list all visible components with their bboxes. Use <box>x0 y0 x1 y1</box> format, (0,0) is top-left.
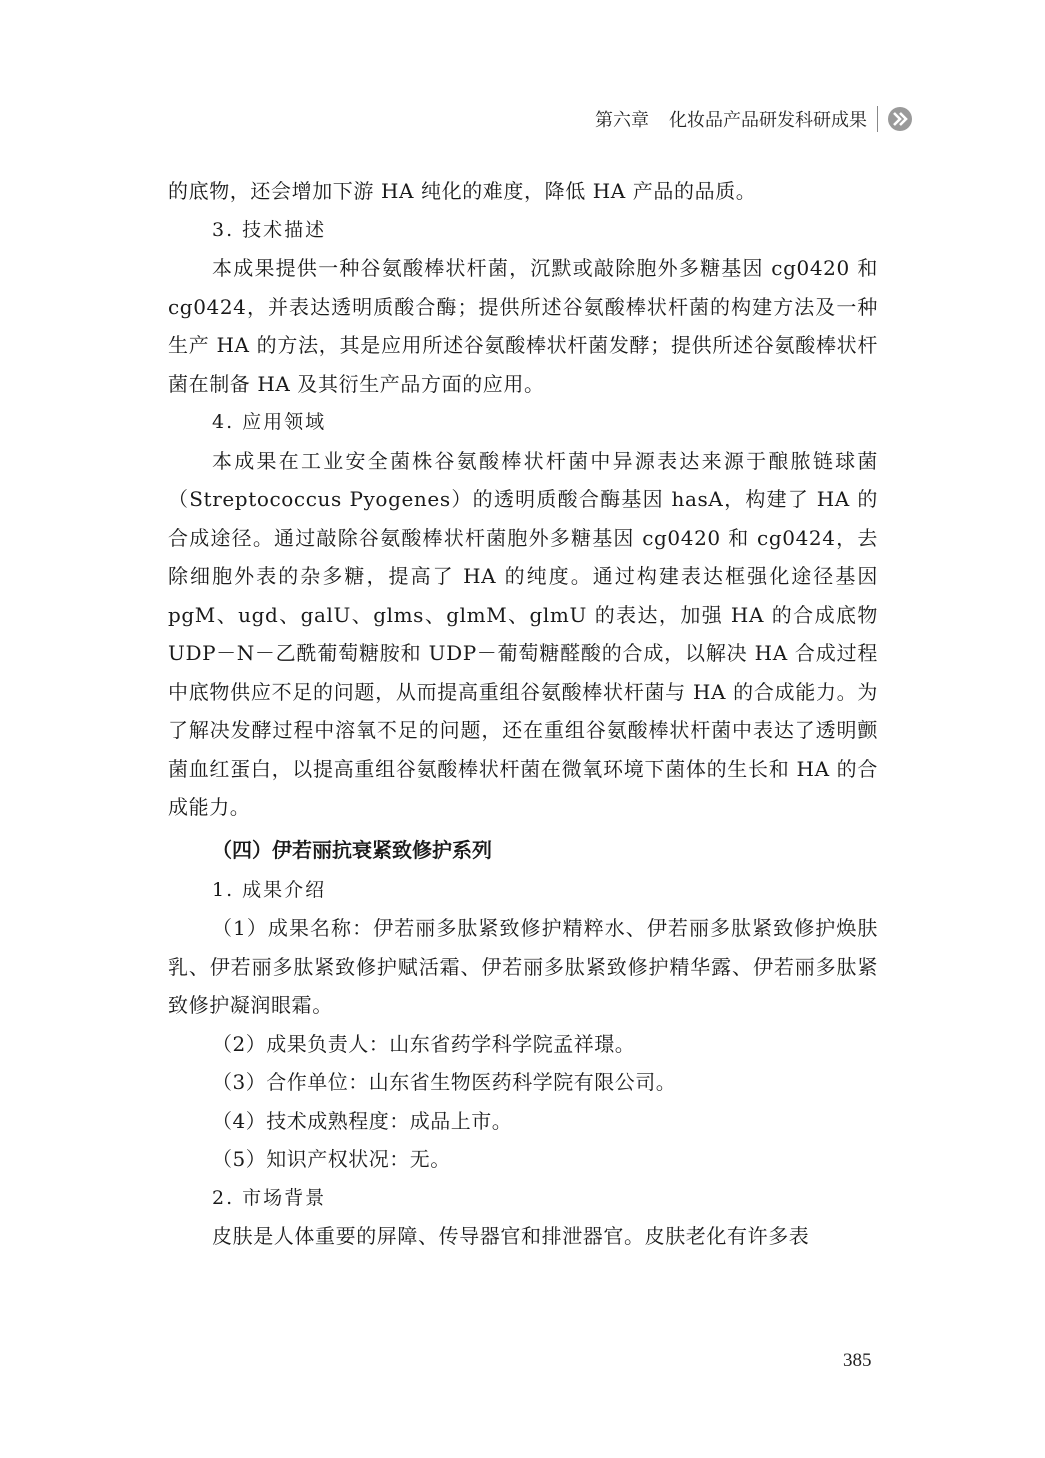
double-chevron-right-icon <box>888 107 912 131</box>
heading-market-background: 2. 市场背景 <box>168 1179 878 1218</box>
paragraph-tech-description: 本成果提供一种谷氨酸棒状杆菌，沉默或敲除胞外多糖基因 cg0420 和 cg04… <box>168 249 878 403</box>
paragraph-continuation: 的底物，还会增加下游 HA 纯化的难度，降低 HA 产品的品质。 <box>168 172 878 211</box>
page-body: 的底物，还会增加下游 HA 纯化的难度，降低 HA 产品的品质。 3. 技术描述… <box>168 172 878 1256</box>
paragraph-application-field: 本成果在工业安全菌株谷氨酸棒状杆菌中异源表达来源于酿脓链球菌（Streptoco… <box>168 442 878 827</box>
section-heading-4: （四）伊若丽抗衰紧致修护系列 <box>168 829 878 871</box>
heading-tech-description: 3. 技术描述 <box>168 211 878 250</box>
list-item-1: （1）成果名称：伊若丽多肽紧致修护精粹水、伊若丽多肽紧致修护焕肤乳、伊若丽多肽紧… <box>168 909 878 1025</box>
heading-achievement-intro: 1. 成果介绍 <box>168 871 878 910</box>
heading-application-field: 4. 应用领域 <box>168 403 878 442</box>
chapter-label: 第六章 <box>595 106 649 132</box>
list-item-5: （5）知识产权状况：无。 <box>168 1140 878 1179</box>
running-header: 第六章 化妆品产品研发科研成果 <box>595 106 912 132</box>
list-item-3: （3）合作单位：山东省生物医药科学院有限公司。 <box>168 1063 878 1102</box>
chapter-title: 化妆品产品研发科研成果 <box>669 106 867 132</box>
list-item-2: （2）成果负责人：山东省药学科学院孟祥璟。 <box>168 1025 878 1064</box>
paragraph-market-background: 皮肤是人体重要的屏障、传导器官和排泄器官。皮肤老化有许多表 <box>168 1217 878 1256</box>
list-item-4: （4）技术成熟程度：成品上市。 <box>168 1102 878 1141</box>
page-number: 385 <box>843 1350 872 1372</box>
header-divider <box>877 106 878 132</box>
